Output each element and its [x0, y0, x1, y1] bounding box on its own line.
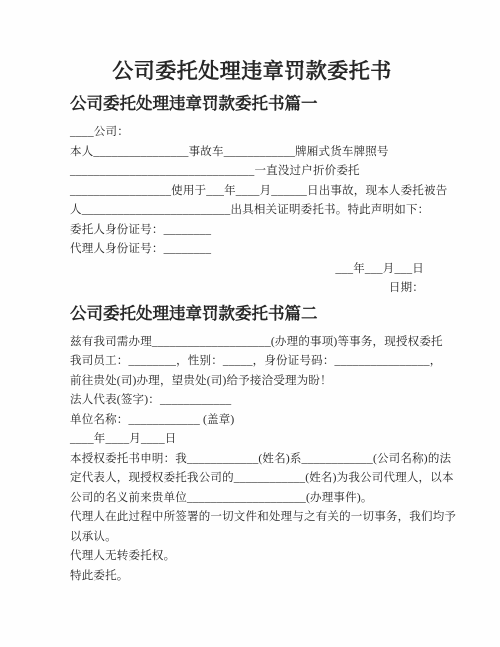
line-company-name-seal: 单位名称：____________ (盖章) [70, 411, 434, 431]
section2-heading: 公司委托处理违章罚款委托书篇二 [70, 302, 434, 325]
line-acknowledgement-1: 代理人在此过程中所签署的一切文件和处理与之有关的一切事务，我们均予 [70, 508, 434, 528]
document-page: 公司委托处理违章罚款委托书 公司委托处理违章罚款委托书篇一 ____公司： 本人… [0, 0, 500, 647]
line-declaration-2: 定代表人，现授权委托我公司的____________(姓名)为我公司代理人，以本 [70, 469, 434, 489]
line-date-blank: ___年___月___日 [70, 260, 434, 280]
line-employee-info: 我司员工：________，性别：_____，身份证号码：___________… [70, 352, 434, 372]
line-owner-vehicle: 本人________________事故车____________牌厢式货车牌照… [70, 143, 434, 163]
section-part-two: 公司委托处理违章罚款委托书篇二 兹有我司需办理_________________… [70, 302, 434, 587]
line-matters: 兹有我司需办理____________________(办理的事项)等事务，现授… [70, 333, 434, 353]
line-principal-id: 委托人身份证号：________ [70, 221, 434, 241]
line-closing: 特此委托。 [70, 567, 434, 587]
line-transfer-note: _______________________________一直没过户折价委托 [70, 162, 434, 182]
line-agent-id: 代理人身份证号：________ [70, 240, 434, 260]
line-declaration-3: 公司的名义前来贵单位____________________(办理事件)。 [70, 489, 434, 509]
line-no-subdelegation: 代理人无转委托权。 [70, 547, 434, 567]
line-request: 前往贵处(司)办理，望贵处(司)给予接洽受理为盼！ [70, 372, 434, 392]
line-acknowledgement-2: 以承认。 [70, 528, 434, 548]
line-date-label: 日期： [70, 279, 434, 299]
line-date-blank-2: ____年____月____日 [70, 430, 434, 450]
line-agent-certificate: 人_________________________出具相关证明委托书。特此声明… [70, 201, 434, 221]
line-company-salutation: ____公司： [70, 123, 434, 143]
section1-heading: 公司委托处理违章罚款委托书篇一 [70, 92, 434, 115]
line-accident-date: _________________使用于___年____月______日出事故，… [70, 182, 434, 202]
section-part-one: 公司委托处理违章罚款委托书篇一 ____公司： 本人______________… [70, 92, 434, 299]
document-title: 公司委托处理违章罚款委托书 [70, 56, 434, 86]
line-legal-rep-signature: 法人代表(签字)：____________ [70, 391, 434, 411]
line-declaration-1: 本授权委托书申明：我____________(姓名)系____________(… [70, 450, 434, 470]
